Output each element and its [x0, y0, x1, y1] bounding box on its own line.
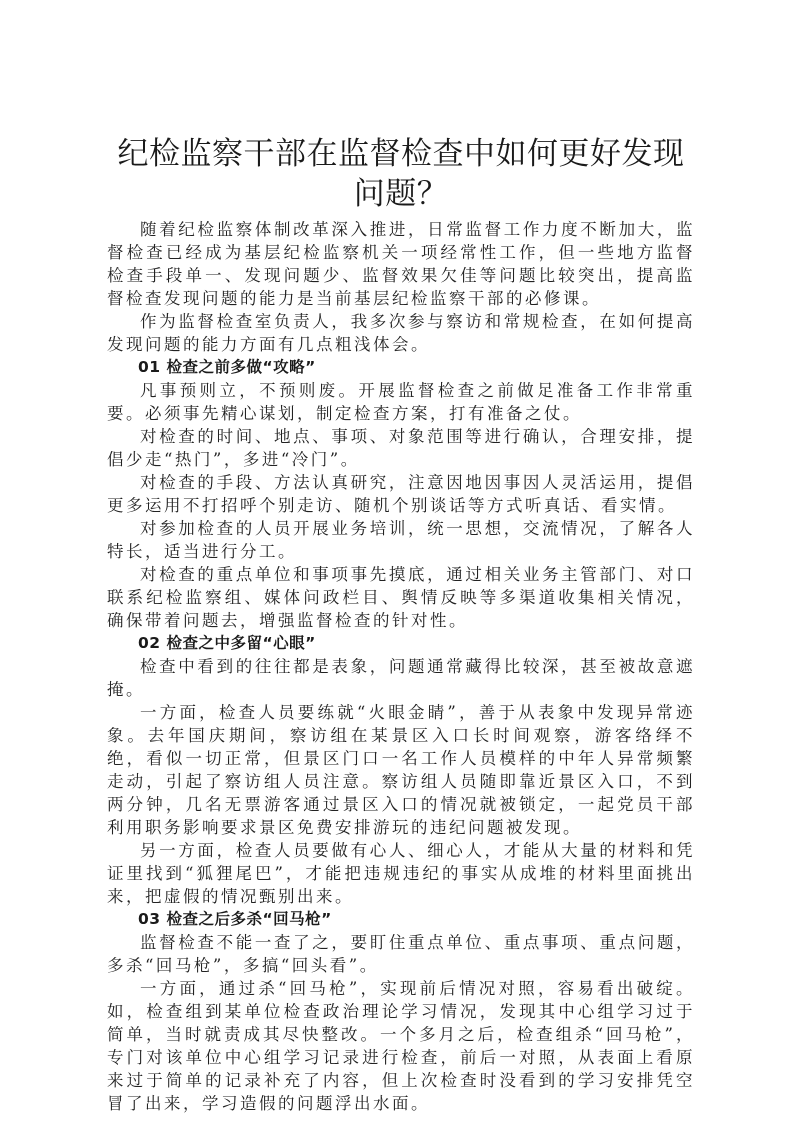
paragraph: 另一方面，检查人员要做有心人、细心人，才能从大量的材料和凭证里找到“狐狸尾巴”，…	[107, 839, 695, 908]
paragraph: 作为监督检查室负责人，我多次参与察访和常规检查，在如何提高发现问题的能力方面有几…	[107, 310, 695, 356]
paragraph: 一方面，通过杀“回马枪”，实现前后情况对照，容易看出破绽。如，检查组到某单位检查…	[107, 977, 695, 1115]
paragraph: 对检查的时间、地点、事项、对象范围等进行确认，合理安排，提倡少走“热门”，多进“…	[107, 425, 695, 471]
document-title: 纪检监察干部在监督检查中如何更好发现问题？	[107, 134, 695, 214]
section-heading: 01 检查之前多做“攻略”	[107, 356, 695, 379]
section-heading: 03 检查之后多杀“回马枪”	[107, 908, 695, 931]
paragraph: 一方面，检查人员要练就“火眼金睛”，善于从表象中发现异常迹象。去年国庆期间，察访…	[107, 701, 695, 839]
paragraph: 对检查的手段、方法认真研究，注意因地因事因人灵活运用，提倡更多运用不打招呼个别走…	[107, 471, 695, 517]
paragraph: 凡事预则立，不预则废。开展监督检查之前做足准备工作非常重要。必须事先精心谋划，制…	[107, 379, 695, 425]
paragraph: 检查中看到的往往都是表象，问题通常藏得比较深，甚至被故意遮掩。	[107, 655, 695, 701]
paragraph: 对检查的重点单位和事项事先摸底，通过相关业务主管部门、对口联系纪检监察组、媒体问…	[107, 563, 695, 632]
paragraph: 随着纪检监察体制改革深入推进，日常监督工作力度不断加大，监督检查已经成为基层纪检…	[107, 218, 695, 310]
section-heading: 02 检查之中多留“心眼”	[107, 632, 695, 655]
document-page: 纪检监察干部在监督检查中如何更好发现问题？ 随着纪检监察体制改革深入推进，日常监…	[107, 134, 695, 1115]
paragraph: 对参加检查的人员开展业务培训，统一思想，交流情况，了解各人特长，适当进行分工。	[107, 517, 695, 563]
paragraph: 监督检查不能一查了之，要盯住重点单位、重点事项、重点问题，多杀“回马枪”，多搞“…	[107, 931, 695, 977]
